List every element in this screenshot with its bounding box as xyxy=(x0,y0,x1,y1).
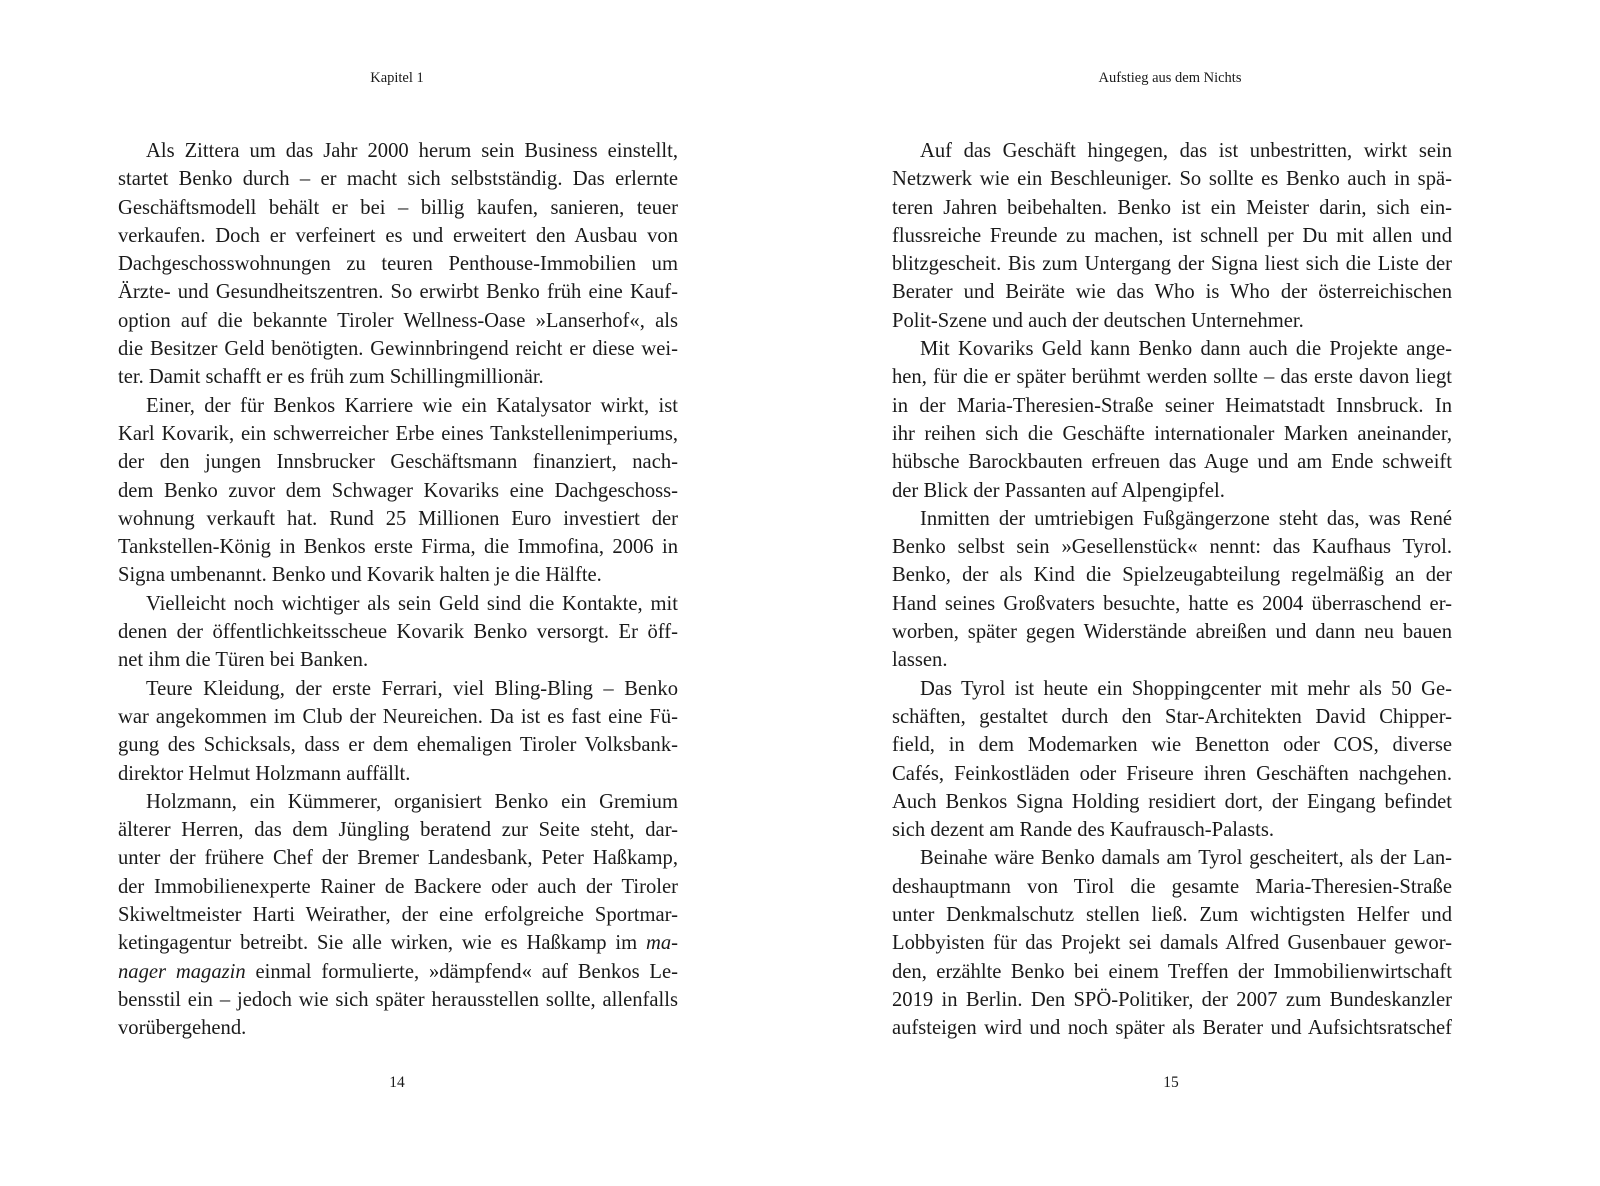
line-text: einmal formulierte, »dämpfend« auf Benko… xyxy=(246,961,678,983)
line-text: Dachgeschosswohnungen zu teuren Penthous… xyxy=(118,253,678,275)
text-line: unter der frühere Chef der Bremer Landes… xyxy=(118,844,678,872)
line-text: Karl Kovarik, ein schwerreicher Erbe ein… xyxy=(118,423,678,445)
text-line: denen der öffentlichkeitsscheue Kovarik … xyxy=(118,618,678,646)
text-line: der Blick der Passanten auf Alpengipfel. xyxy=(892,477,1452,505)
text-line: Lobbyisten für das Projekt sei damals Al… xyxy=(892,929,1452,957)
text-line: der den jungen Innsbrucker Geschäftsmann… xyxy=(118,448,678,476)
line-text: flussreiche Freunde zu machen, ist schne… xyxy=(892,225,1452,247)
page-number: 14 xyxy=(367,1074,427,1092)
line-text: ketingagentur betreibt. Sie alle wirken,… xyxy=(118,932,646,954)
line-text: den, erzählte Benko bei einem Treffen de… xyxy=(892,961,1452,983)
line-text: Berater und Beiräte wie das Who is Who d… xyxy=(892,281,1452,303)
line-text: Mit Kovariks Geld kann Benko dann auch d… xyxy=(920,338,1452,360)
line-text: teren Jahren beibehalten. Benko ist ein … xyxy=(892,197,1452,219)
text-line: Holzmann, ein Kümmerer, organisiert Benk… xyxy=(118,788,678,816)
line-text: gung des Schicksals, dass er dem ehemali… xyxy=(118,734,678,756)
text-line: direktor Helmut Holzmann auffällt. xyxy=(118,760,678,788)
line-text: Benko selbst sein »Gesellenstück« nennt:… xyxy=(892,536,1452,558)
line-text: Auch Benkos Signa Holding residiert dort… xyxy=(892,791,1452,813)
line-text: Auf das Geschäft hingegen, das ist unbes… xyxy=(920,140,1452,162)
line-text: Inmitten der umtriebigen Fußgängerzone s… xyxy=(920,508,1452,530)
body-text: Als Zittera um das Jahr 2000 herum sein … xyxy=(118,137,678,1043)
text-line: option auf die bekannte Tiroler Wellness… xyxy=(118,307,678,335)
text-line: ter. Damit schafft er es früh zum Schill… xyxy=(118,363,678,391)
line-text: war angekommen im Club der Neureichen. D… xyxy=(118,706,678,728)
line-text: 2019 in Berlin. Den SPÖ-Politiker, der 2… xyxy=(892,989,1452,1011)
text-line: nager magazin einmal formulierte, »dämpf… xyxy=(118,958,678,986)
text-line: worben, später gegen Widerstände abreiße… xyxy=(892,618,1452,646)
text-line: gung des Schicksals, dass er dem ehemali… xyxy=(118,731,678,759)
italic-title: nager magazin xyxy=(118,961,246,983)
line-text: Teure Kleidung, der erste Ferrari, viel … xyxy=(146,678,678,700)
line-text: schäften, gestaltet durch den Star-Archi… xyxy=(892,706,1452,728)
text-line: Ärzte- und Gesundheitszentren. So erwirb… xyxy=(118,278,678,306)
text-line: bensstil ein – jedoch wie sich später he… xyxy=(118,986,678,1014)
text-line: Skiweltmeister Harti Weirather, der eine… xyxy=(118,901,678,929)
line-text: in der Maria-Theresien-Straße seiner Hei… xyxy=(892,395,1452,417)
text-line: Karl Kovarik, ein schwerreicher Erbe ein… xyxy=(118,420,678,448)
line-text: option auf die bekannte Tiroler Wellness… xyxy=(118,310,678,332)
line-text: Skiweltmeister Harti Weirather, der eine… xyxy=(118,904,678,926)
text-line: Benko selbst sein »Gesellenstück« nennt:… xyxy=(892,533,1452,561)
text-line: Benko, der als Kind die Spielzeugabteilu… xyxy=(892,561,1452,589)
line-text: Hand seines Großvaters besuchte, hatte e… xyxy=(892,593,1452,615)
text-line: Das Tyrol ist heute ein Shoppingcenter m… xyxy=(892,675,1452,703)
line-text: ter. Damit schafft er es früh zum Schill… xyxy=(118,366,544,388)
text-line: die Besitzer Geld benötigten. Gewinnbrin… xyxy=(118,335,678,363)
line-text: unter der frühere Chef der Bremer Landes… xyxy=(118,847,678,869)
text-line: 2019 in Berlin. Den SPÖ-Politiker, der 2… xyxy=(892,986,1452,1014)
line-text: wohnung verkauft hat. Rund 25 Millionen … xyxy=(118,508,678,530)
text-line: in der Maria-Theresien-Straße seiner Hei… xyxy=(892,392,1452,420)
text-line: Auch Benkos Signa Holding residiert dort… xyxy=(892,788,1452,816)
text-line: wohnung verkauft hat. Rund 25 Millionen … xyxy=(118,505,678,533)
text-line: deshauptmann von Tirol die gesamte Maria… xyxy=(892,873,1452,901)
line-text: denen der öffentlichkeitsscheue Kovarik … xyxy=(118,621,678,643)
text-line: der Immobilienexperte Rainer de Backere … xyxy=(118,873,678,901)
line-text: Tankstellen-König in Benkos erste Firma,… xyxy=(118,536,678,558)
line-text: Holzmann, ein Kümmerer, organisiert Benk… xyxy=(146,791,678,813)
text-line: Berater und Beiräte wie das Who is Who d… xyxy=(892,278,1452,306)
line-text: Cafés, Feinkostläden oder Friseure ihren… xyxy=(892,763,1452,785)
text-line: Mit Kovariks Geld kann Benko dann auch d… xyxy=(892,335,1452,363)
text-line: war angekommen im Club der Neureichen. D… xyxy=(118,703,678,731)
line-text: Geschäftsmodell behält er bei – billig k… xyxy=(118,197,678,219)
line-text: Lobbyisten für das Projekt sei damals Al… xyxy=(892,932,1452,954)
text-line: Geschäftsmodell behält er bei – billig k… xyxy=(118,194,678,222)
text-line: den, erzählte Benko bei einem Treffen de… xyxy=(892,958,1452,986)
text-line: field, in dem Modemarken wie Benetton od… xyxy=(892,731,1452,759)
line-text: bensstil ein – jedoch wie sich später he… xyxy=(118,989,678,1011)
text-line: Vielleicht noch wichtiger als sein Geld … xyxy=(118,590,678,618)
line-text: Beinahe wäre Benko damals am Tyrol gesch… xyxy=(920,847,1452,869)
text-line: vorübergehend. xyxy=(118,1014,678,1042)
line-text: hübsche Barockbauten erfreuen das Auge u… xyxy=(892,451,1452,473)
text-line: hen, für die er später berühmt werden so… xyxy=(892,363,1452,391)
line-text: der Blick der Passanten auf Alpengipfel. xyxy=(892,480,1225,502)
line-text: sich dezent am Rande des Kaufrausch-Pala… xyxy=(892,819,1274,841)
body-text: Auf das Geschäft hingegen, das ist unbes… xyxy=(892,137,1452,1043)
line-text: direktor Helmut Holzmann auffällt. xyxy=(118,763,410,785)
text-line: flussreiche Freunde zu machen, ist schne… xyxy=(892,222,1452,250)
text-line: Auf das Geschäft hingegen, das ist unbes… xyxy=(892,137,1452,165)
text-line: startet Benko durch – er macht sich selb… xyxy=(118,165,678,193)
line-text: unter Denkmalschutz stellen ließ. Zum wi… xyxy=(892,904,1452,926)
text-line: blitzgescheit. Bis zum Untergang der Sig… xyxy=(892,250,1452,278)
text-line: Hand seines Großvaters besuchte, hatte e… xyxy=(892,590,1452,618)
line-text: Benko, der als Kind die Spielzeugabteilu… xyxy=(892,564,1452,586)
text-line: Teure Kleidung, der erste Ferrari, viel … xyxy=(118,675,678,703)
running-head-chapter: Kapitel 1 xyxy=(277,70,517,87)
line-text: field, in dem Modemarken wie Benetton od… xyxy=(892,734,1452,756)
line-text: worben, später gegen Widerstände abreiße… xyxy=(892,621,1452,643)
text-line: dem Benko zuvor dem Schwager Kovariks ei… xyxy=(118,477,678,505)
line-text: Einer, der für Benkos Karriere wie ein K… xyxy=(146,395,678,417)
text-line: Als Zittera um das Jahr 2000 herum sein … xyxy=(118,137,678,165)
text-line: lassen. xyxy=(892,646,1452,674)
line-text: Polit-Szene und auch der deutschen Unter… xyxy=(892,310,1304,332)
line-text: der Immobilienexperte Rainer de Backere … xyxy=(118,876,678,898)
line-text: Netzwerk wie ein Beschleuniger. So sollt… xyxy=(892,168,1452,190)
text-line: Signa umbenannt. Benko und Kovarik halte… xyxy=(118,561,678,589)
text-line: ihr reihen sich die Geschäfte internatio… xyxy=(892,420,1452,448)
line-text: vorübergehend. xyxy=(118,1017,246,1039)
text-line: Inmitten der umtriebigen Fußgängerzone s… xyxy=(892,505,1452,533)
text-line: Polit-Szene und auch der deutschen Unter… xyxy=(892,307,1452,335)
line-text: Als Zittera um das Jahr 2000 herum sein … xyxy=(146,140,678,162)
text-line: Beinahe wäre Benko damals am Tyrol gesch… xyxy=(892,844,1452,872)
text-line: aufsteigen wird und noch später als Bera… xyxy=(892,1014,1452,1042)
line-text: der den jungen Innsbrucker Geschäftsmann… xyxy=(118,451,678,473)
text-line: Einer, der für Benkos Karriere wie ein K… xyxy=(118,392,678,420)
italic-title: ma- xyxy=(646,932,678,954)
line-text: Vielleicht noch wichtiger als sein Geld … xyxy=(146,593,678,615)
text-line: Dachgeschosswohnungen zu teuren Penthous… xyxy=(118,250,678,278)
line-text: startet Benko durch – er macht sich selb… xyxy=(118,168,678,190)
line-text: aufsteigen wird und noch später als Bera… xyxy=(892,1017,1452,1039)
text-line: verkaufen. Doch er verfeinert es und erw… xyxy=(118,222,678,250)
text-line: hübsche Barockbauten erfreuen das Auge u… xyxy=(892,448,1452,476)
line-text: älterer Herren, das dem Jüngling beraten… xyxy=(118,819,678,841)
line-text: hen, für die er später berühmt werden so… xyxy=(892,366,1452,388)
text-line: schäften, gestaltet durch den Star-Archi… xyxy=(892,703,1452,731)
line-text: net ihm die Türen bei Banken. xyxy=(118,649,368,671)
line-text: lassen. xyxy=(892,649,947,671)
line-text: Das Tyrol ist heute ein Shoppingcenter m… xyxy=(920,678,1452,700)
text-line: unter Denkmalschutz stellen ließ. Zum wi… xyxy=(892,901,1452,929)
text-line: net ihm die Türen bei Banken. xyxy=(118,646,678,674)
text-line: sich dezent am Rande des Kaufrausch-Pala… xyxy=(892,816,1452,844)
text-line: teren Jahren beibehalten. Benko ist ein … xyxy=(892,194,1452,222)
left-page: Kapitel 1 Als Zittera um das Jahr 2000 h… xyxy=(0,0,800,1186)
page-number: 15 xyxy=(1141,1074,1201,1092)
line-text: dem Benko zuvor dem Schwager Kovariks ei… xyxy=(118,480,678,502)
running-head-section: Aufstieg aus dem Nichts xyxy=(1050,70,1290,87)
text-line: Tankstellen-König in Benkos erste Firma,… xyxy=(118,533,678,561)
text-line: ketingagentur betreibt. Sie alle wirken,… xyxy=(118,929,678,957)
text-line: älterer Herren, das dem Jüngling beraten… xyxy=(118,816,678,844)
text-line: Netzwerk wie ein Beschleuniger. So sollt… xyxy=(892,165,1452,193)
line-text: Signa umbenannt. Benko und Kovarik halte… xyxy=(118,564,602,586)
line-text: blitzgescheit. Bis zum Untergang der Sig… xyxy=(892,253,1452,275)
line-text: ihr reihen sich die Geschäfte internatio… xyxy=(892,423,1452,445)
line-text: verkaufen. Doch er verfeinert es und erw… xyxy=(118,225,678,247)
line-text: die Besitzer Geld benötigten. Gewinnbrin… xyxy=(118,338,678,360)
text-line: Cafés, Feinkostläden oder Friseure ihren… xyxy=(892,760,1452,788)
line-text: deshauptmann von Tirol die gesamte Maria… xyxy=(892,876,1452,898)
right-page: Aufstieg aus dem Nichts Auf das Geschäft… xyxy=(800,0,1600,1186)
line-text: Ärzte- und Gesundheitszentren. So erwirb… xyxy=(118,281,678,303)
